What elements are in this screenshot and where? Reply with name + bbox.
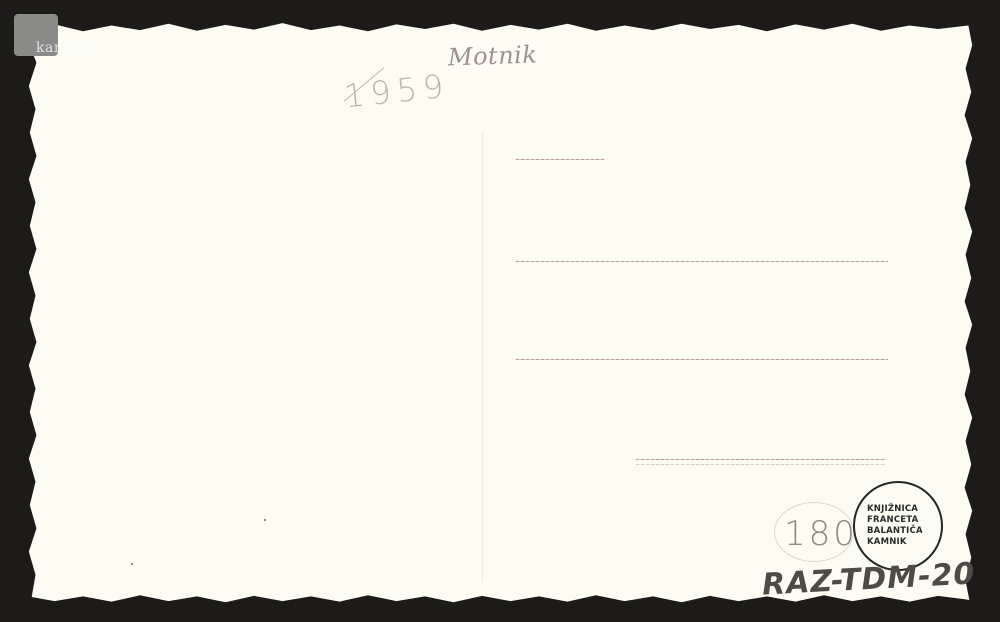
stamp-line-3: BALANTIČA — [867, 526, 929, 537]
stamp-line-1: KNJIŽNICA — [867, 504, 929, 515]
address-line-4 — [636, 459, 886, 460]
speck — [264, 519, 266, 521]
address-line-1 — [516, 159, 604, 160]
stamp-line-4: KAMNIK — [867, 537, 929, 548]
inventory-number: 180 — [784, 514, 858, 554]
address-line-3 — [516, 359, 888, 360]
stamp-line-2: FRANCETA — [867, 515, 929, 526]
address-line-4b — [636, 464, 886, 465]
address-line-2 — [516, 261, 888, 262]
library-stamp: KNJIŽNICA FRANCETA BALANTIČA KAMNIK — [853, 481, 943, 571]
speck — [131, 563, 133, 565]
handwritten-place: Motnik — [448, 40, 538, 71]
center-divider — [482, 132, 483, 582]
watermark-text: kamra — [36, 40, 84, 56]
